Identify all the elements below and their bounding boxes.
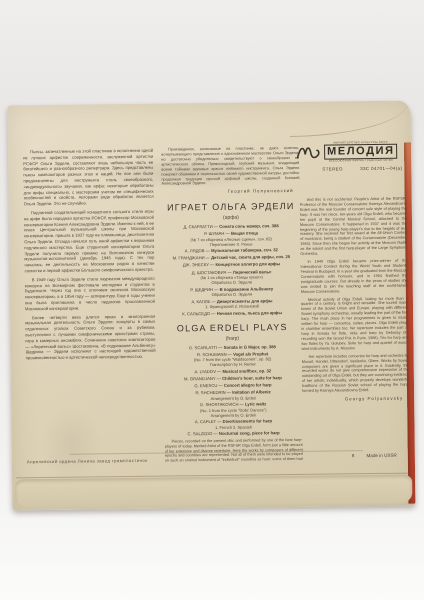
melodiya-wordmark-block: МИНИСТЕРСТВО КУЛЬТУРЫ СССР МЕЛОДИЯ ВСЕСО… — [324, 141, 398, 163]
tracklist-ru: Д. СКАРЛАТТИ — Соната соль мажор, соч. 3… — [162, 223, 301, 316]
record-sleeve-back: МИНИСТЕРСТВО КУЛЬТУРЫ СССР МЕЛОДИЯ ВСЕСО… — [8, 101, 416, 511]
paragraph: Пьесы, запечатленные на этой пластинке в… — [23, 148, 154, 208]
paragraph: Musical activity of Olga Erdeli, lasting… — [301, 296, 409, 351]
tracklist-title-ru: ИГРАЕТ ОЛЬГА ЭРДЕЛИ — [162, 201, 300, 214]
stereo-label: STEREO — [322, 166, 343, 171]
paragraph: Pieces, recorded on the present disc and… — [165, 438, 303, 462]
liner-notes-russian-col2: Произведения, записанные на пластинке, н… — [161, 146, 299, 187]
tracklist-subtitle-ru: (арфа) — [162, 214, 300, 222]
track-entry: C. SALZEDO — Nocturnal song, piece for h… — [165, 430, 303, 437]
order-number: 8 — [352, 453, 355, 458]
track-subline: Переложение Х. Ренье — [162, 240, 300, 247]
track-entry: A. LYADOV — Musical snuffbox, op. 32 — [164, 368, 302, 375]
track-entry: А. ЛЯДОВ — Музыкальная табакерка, соч. 3… — [162, 247, 300, 254]
tracklist-subtitle-en: (harp) — [163, 334, 301, 342]
author-signature-en: Georgy Polyanovsky — [302, 396, 403, 403]
paragraph: In 1949 Olga Erdeli became prize-winner … — [300, 259, 407, 295]
flap-corner-curve — [290, 103, 408, 137]
paragraph: And this is not accidental. People's Art… — [300, 197, 408, 257]
photo-background: МИНИСТЕРСТВО КУЛЬТУРЫ СССР МЕЛОДИЯ ВСЕСО… — [0, 0, 424, 600]
made-in-label: Made in USSR — [366, 453, 396, 458]
center-column: Произведения, записанные на пластинке, н… — [161, 146, 303, 462]
track-entry: М. ГРАНДЖАНИ — Детский час, сюита для ар… — [162, 254, 300, 261]
track-subline: 1. French 2. Spanish — [164, 424, 302, 431]
catalog-row: STEREO 33С 04701—04(а) — [296, 165, 408, 171]
tracklist-en: D. SCARLATTI — Sonata in G Major, op. 38… — [163, 344, 302, 437]
melodiya-logo-row: МИНИСТЕРСТВО КУЛЬТУРЫ СССР МЕЛОДИЯ ВСЕСО… — [296, 141, 408, 163]
paragraph: Более четверти века длится яркая и много… — [25, 313, 156, 361]
paragraph: Подлинной создательницей концертного сол… — [24, 209, 155, 274]
melodiya-wordmark: МЕЛОДИЯ — [324, 144, 398, 160]
liner-notes-russian-col1: Пьесы, запечатленные на этой пластинке в… — [23, 148, 157, 462]
paragraph: В 1949 году Ольга Эрдели стала лауреатом… — [25, 275, 155, 311]
track-subline: Transcription by H. Renier — [164, 361, 302, 368]
liner-notes-english-intro: Pieces, recorded on the present disc and… — [165, 438, 303, 462]
author-signature-ru: Георгий Полуяновский — [162, 188, 294, 195]
track-entry: К. САЛЬСЕДО — Ночная песнь, пьеса для ар… — [163, 310, 301, 317]
liner-notes-english-paragraphs: And this is not accidental. People's Art… — [300, 197, 409, 394]
track-subline: Arrangement by O. Erdeli — [164, 412, 302, 419]
track-entry: D. SCARLATTI — Sonata in G Major, op. 38… — [163, 344, 301, 351]
track-subline: Обработка О. Эрдели — [163, 279, 301, 286]
track-subline: Обработка О. Эрдели — [163, 291, 301, 298]
melodiya-script-logo-icon — [296, 142, 322, 162]
melodiya-masthead: МИНИСТЕРСТВО КУЛЬТУРЫ СССР МЕЛОДИЯ ВСЕСО… — [296, 141, 408, 172]
track-subline: 1. Французский 2. Испанский — [163, 303, 301, 310]
bottom-flap — [15, 475, 412, 509]
track-entry: ДЖ. ЭНЕСКУ — Концертное аллегро для арфы — [162, 261, 300, 268]
liner-notes-english-col3: And this is not accidental. People's Art… — [300, 197, 410, 456]
tracklist-title-en: OLGA ERDELI PLAYS — [163, 322, 301, 335]
paragraph: Произведения, записанные на пластинке, н… — [161, 146, 299, 187]
track-entry: G. ENESCU — Concert allegro for harp — [164, 382, 302, 389]
track-entry: M. GRANDJANY — Children's hour, suite fo… — [164, 375, 302, 382]
track-subline: Arrangement by O. Erdeli — [164, 394, 302, 401]
catalog-number: 33С 04701—04(а) — [360, 165, 402, 171]
made-in-ussr-line: 8 Made in USSR — [352, 453, 397, 459]
pressing-plant-credit: Апрелевский ордена Ленина завод грамплас… — [27, 458, 148, 464]
firm-line: ВСЕСОЮЗНАЯ ФИРМА ГРАМПЛАСТИНОК — [324, 158, 398, 162]
paragraph: Her repertoire includes concertos for ha… — [302, 353, 409, 394]
track-entry: Д. СКАРЛАТТИ — Соната соль мажор, соч. 3… — [162, 223, 300, 230]
